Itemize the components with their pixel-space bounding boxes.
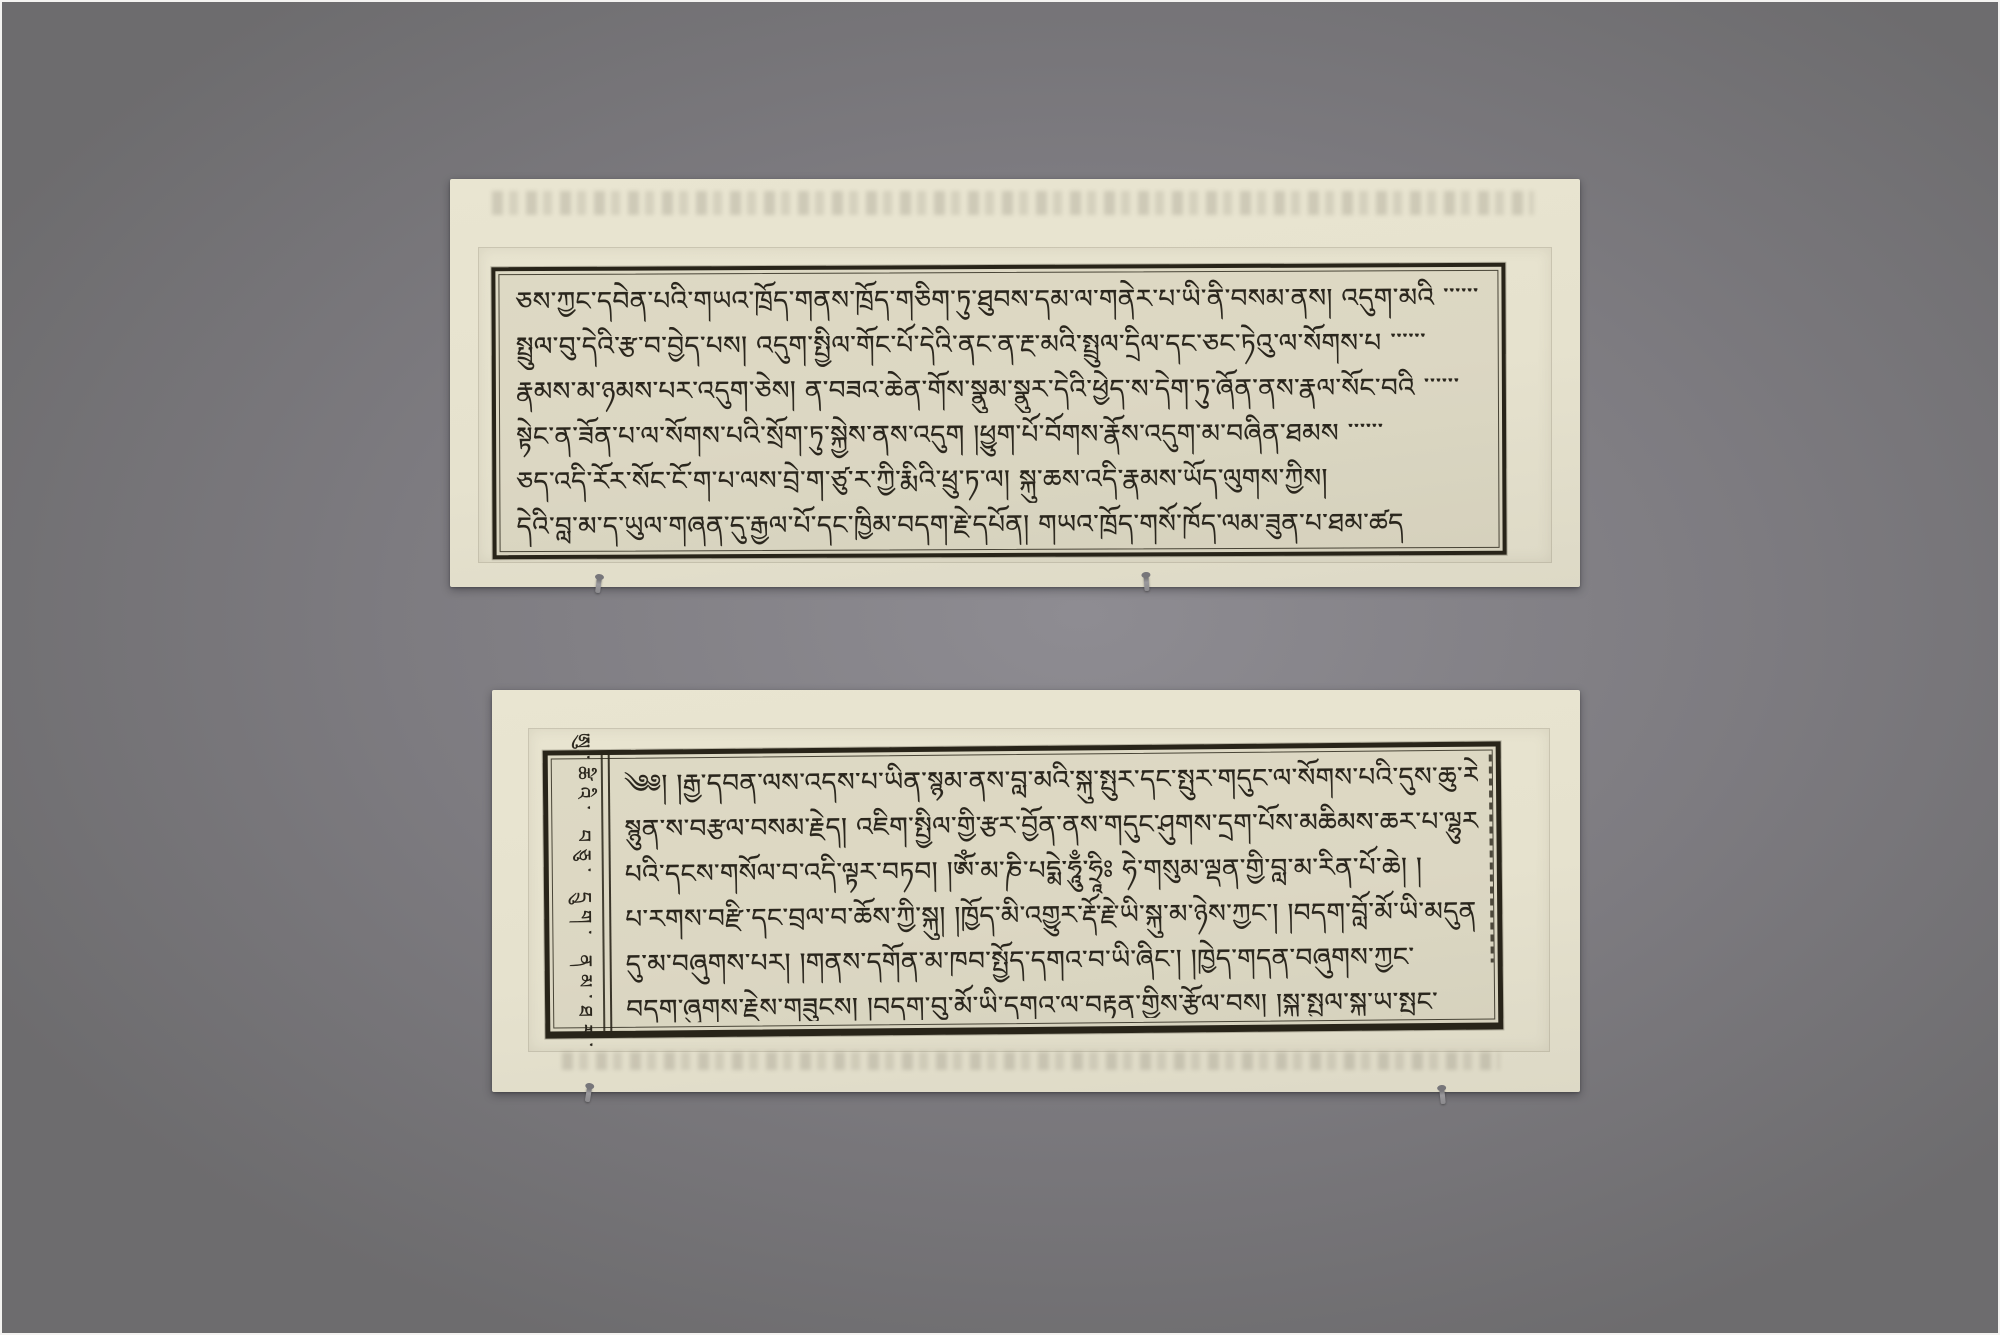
text-line: དེའི་བླ་མ་ད་ཡུལ་གཞན་དུ་རྒྱལ་པོ་དང་ཁྱིམ་བ… (516, 501, 1486, 547)
ghost-text-band (492, 191, 1534, 215)
text-line: པའི་དངས་གསོལ་བ་འདི་ལྟར་བཏབ། །ཨོཾ་མ་ཎི་པད… (625, 845, 1479, 898)
upper-text-block: ཅས་ཀྱང་དབེན་པའི་གཡའ་ཁྲོད་གནས་ཁྲོད་གཅིག་ཏ… (515, 276, 1486, 547)
margin-title-column: ཨུ་ཚིའི་ བཅུ་ དྲུག་ ནམ་ཐར་ (548, 755, 613, 1032)
ghost-text-band (562, 1052, 1500, 1070)
right-border-ticks (1489, 754, 1494, 962)
margin-title-label: ཨུ་ཚིའི་ བཅུ་ དྲུག་ ནམ་ཐར་ (550, 733, 607, 1054)
upper-text-frame: ཅས་ཀྱང་དབེན་པའི་གཡའ་ཁྲོད་གནས་ཁྲོད་གཅིག་ཏ… (491, 263, 1506, 559)
text-line: སྤྲུལ་བུ་དེའི་རྩ་བ་བྱེད་པས། འདུག་སྤྱིལ་ག… (516, 321, 1486, 370)
lower-text-frame: ཨུ་ཚིའི་ བཅུ་ དྲུག་ ནམ་ཐར་ ༄༅། །རྒྱ་དབན་… (543, 741, 1504, 1038)
text-line: སྙུན་ས་བརྩལ་བསམ་རྗེད། འཇིག་སྤྱིལ་གྱི་རྩར… (624, 800, 1478, 853)
mounting-pin (585, 1086, 592, 1103)
text-line: བདག་ཞུགས་རྗེས་གཟུངས། །བདག་བུ་མོ་ཡི་དགའ་ལ… (626, 980, 1480, 1023)
text-line: ཅད་འདི་རོར་སོང་ངོ་ག་པ་ལས་བྲེ་ག་ཙུ་ར་ཀྱི་… (516, 456, 1486, 505)
text-line: དུ་མ་བཞུགས་པར། །གནས་དགོན་མ་ཁབ་སྤྱོད་དགའ་… (625, 935, 1479, 988)
mounting-pin (595, 577, 602, 593)
lower-text-block: ༄༅། །རྒྱ་དབན་ལས་འདས་པ་ཡིན་སྙམ་ནས་བླ་མའི་… (624, 755, 1480, 1023)
text-line: སྟེང་ན་ཟོན་པ་ལ་སོགས་པའི་སྲོག་ཏུ་སྐྱེས་ནས… (516, 411, 1486, 460)
text-line: རྣམས་མ་ཉམས་པར་འདུག་ཅེས། ན་བཟའ་ཆེན་གོས་སྣ… (516, 366, 1486, 415)
photo-background: ཅས་ཀྱང་དབེན་པའི་གཡའ་ཁྲོད་གནས་ཁྲོད་གཅིག་ཏ… (0, 0, 2000, 1335)
text-line: པ་རགས་བརྫི་དང་བྲལ་བ་ཆོས་ཀྱི་སྐུ། །ཁྱོད་མ… (625, 890, 1479, 943)
text-line: ༄༅། །རྒྱ་དབན་ལས་འདས་པ་ཡིན་སྙམ་ནས་བླ་མའི་… (624, 755, 1478, 808)
text-line: ཅས་ཀྱང་དབེན་པའི་གཡའ་ཁྲོད་གནས་ཁྲོད་གཅིག་ཏ… (515, 276, 1485, 325)
lower-folio: ཨུ་ཚིའི་ བཅུ་ དྲུག་ ནམ་ཐར་ ༄༅། །རྒྱ་དབན་… (492, 690, 1580, 1092)
upper-folio: ཅས་ཀྱང་དབེན་པའི་གཡའ་ཁྲོད་གནས་ཁྲོད་གཅིག་ཏ… (450, 179, 1580, 587)
mounting-pin (1143, 575, 1149, 591)
